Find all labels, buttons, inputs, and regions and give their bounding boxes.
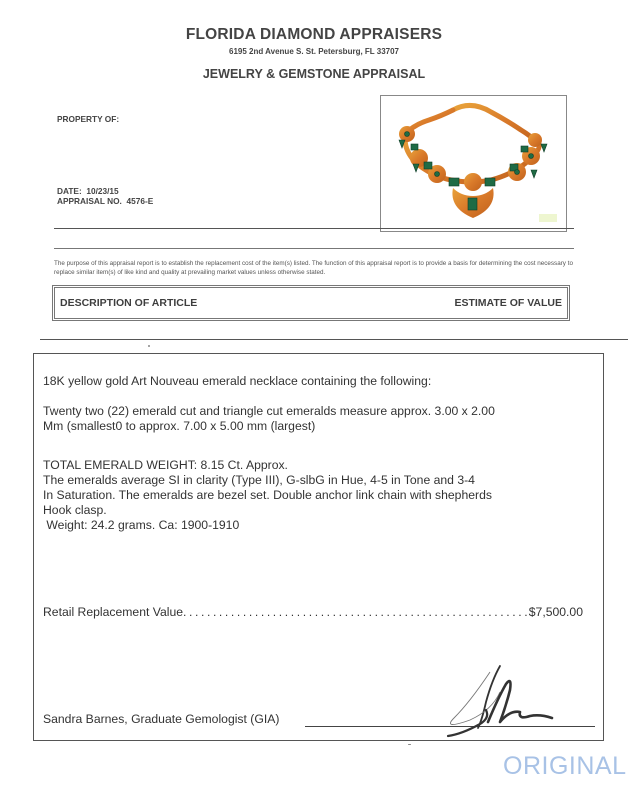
- article-intro: 18K yellow gold Art Nouveau emerald neck…: [43, 374, 431, 389]
- quality-line: Hook clasp.: [43, 503, 492, 518]
- column-header-box: DESCRIPTION OF ARTICLE ESTIMATE OF VALUE: [52, 285, 570, 321]
- date-value: 10/23/15: [86, 186, 118, 196]
- signature-mark: [440, 662, 580, 740]
- scan-speck: [148, 345, 150, 347]
- original-stamp: ORIGINAL: [503, 752, 626, 781]
- document-title: JEWELRY & GEMSTONE APPRAISAL: [0, 67, 628, 81]
- divider-line: [40, 339, 628, 340]
- appraisal-number-label: APPRAISAL NO.: [57, 196, 122, 206]
- description-column-header: DESCRIPTION OF ARTICLE: [60, 297, 197, 309]
- necklace-illustration: [381, 96, 566, 231]
- value-amount: $7,500.00: [529, 605, 583, 619]
- date-field: DATE: 10/23/15: [57, 186, 119, 196]
- retail-replacement-value: Retail Replacement Value ...............…: [43, 605, 583, 619]
- appraisal-number-value: 4576-E: [126, 196, 153, 206]
- appraisal-number-field: APPRAISAL NO. 4576-E: [57, 196, 153, 206]
- divider-line: [54, 248, 574, 249]
- scan-speck: [408, 744, 411, 745]
- stones-description: Twenty two (22) emerald cut and triangle…: [43, 404, 495, 434]
- company-address: 6195 2nd Avenue S. St. Petersburg, FL 33…: [0, 47, 628, 56]
- stones-line: Mm (smallest0 to approx. 7.00 x 5.00 mm …: [43, 419, 495, 434]
- estimate-column-header: ESTIMATE OF VALUE: [454, 297, 562, 309]
- date-label: DATE:: [57, 186, 82, 196]
- quality-line: The emeralds average SI in clarity (Type…: [43, 473, 492, 488]
- quality-description: TOTAL EMERALD WEIGHT: 8.15 Ct. Approx. T…: [43, 458, 492, 533]
- quality-line: In Saturation. The emeralds are bezel se…: [43, 488, 492, 503]
- appraiser-name: Sandra Barnes, Graduate Gemologist (GIA): [43, 712, 279, 726]
- total-weight: TOTAL EMERALD WEIGHT: 8.15 Ct. Approx.: [43, 458, 492, 473]
- dot-leader: ........................................…: [183, 605, 529, 619]
- disclaimer-text: The purpose of this appraisal report is …: [54, 260, 574, 277]
- necklace-photo: [380, 95, 567, 232]
- weight-line: Weight: 24.2 grams. Ca: 1900-1910: [43, 518, 492, 533]
- property-of-label: PROPERTY OF:: [57, 114, 119, 124]
- stones-line: Twenty two (22) emerald cut and triangle…: [43, 404, 495, 419]
- value-label: Retail Replacement Value: [43, 605, 183, 619]
- company-name: FLORIDA DIAMOND APPRAISERS: [0, 26, 628, 44]
- divider-line: [54, 228, 574, 229]
